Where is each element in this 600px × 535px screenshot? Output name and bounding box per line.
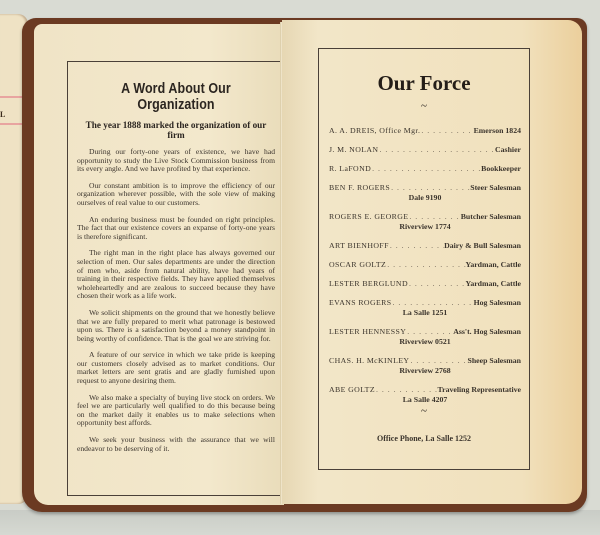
staff-phone: Dale 9190 [329,193,521,203]
staff-phone: La Salle 1251 [329,308,521,318]
staff-entry: BEN F. ROGERSSteer SalesmanDale 9190 [329,183,521,203]
ornament-divider: ~ [319,405,529,417]
organization-subheading: The year 1888 marked the organization of… [76,120,276,140]
staff-role: Dairy & Bull Salesman [444,241,521,251]
paragraph: An enduring business must be founded on … [77,216,275,242]
staff-name: EVANS ROGERS [329,298,392,308]
staff-name: CHAS. H. McKINLEY [329,356,409,366]
right-page-border: Our Force ~ A. A. DREIS, Office Mgr.Emer… [318,48,530,470]
organization-text: During our forty-one years of existence,… [77,148,275,453]
staff-role: Ass't. Hog Salesman [453,327,521,337]
staff-name: OSCAR GOLTZ [329,260,386,270]
staff-line: R. LaFONDBookkeeper [329,164,521,174]
page-edge-label: L [0,110,5,119]
staff-phone: Riverview 1774 [329,222,521,232]
paragraph: A feature of our service in which we tak… [77,351,275,385]
staff-name: LESTER HENNESSY [329,327,406,337]
staff-line: LESTER HENNESSYAss't. Hog Salesman [329,327,521,337]
staff-entry: A. A. DREIS, Office Mgr.Emerson 1824 [329,126,521,136]
dot-leader [378,145,495,155]
paragraph: The right man in the right place has alw… [77,249,275,301]
dot-leader [390,183,470,193]
staff-line: J. M. NOLANCashier [329,145,521,155]
staff-name: R. LaFOND [329,164,371,174]
staff-name: A. A. DREIS, Office Mgr. [329,126,420,136]
staff-phone: Riverview 2768 [329,366,521,376]
staff-role: Butcher Salesman [461,212,521,222]
staff-list: A. A. DREIS, Office Mgr.Emerson 1824J. M… [329,126,521,405]
staff-name: BEN F. ROGERS [329,183,390,193]
left-page-border: A Word About Our Organization The year 1… [67,61,285,496]
staff-entry: EVANS ROGERSHog SalesmanLa Salle 1251 [329,298,521,318]
staff-phone: La Salle 4207 [329,395,521,405]
dot-leader [389,241,444,251]
staff-line: OSCAR GOLTZYardman, Cattle [329,260,521,270]
dot-leader [409,356,467,366]
staff-entry: ABE GOLTZTraveling RepresentativeLa Sall… [329,385,521,405]
paragraph: We seek your business with the assurance… [77,436,275,453]
staff-role: Yardman, Cattle [466,260,521,270]
dot-leader [375,385,438,395]
paragraph: During our forty-one years of existence,… [77,148,275,174]
dot-leader [408,212,460,222]
staff-line: A. A. DREIS, Office Mgr.Emerson 1824 [329,126,521,136]
dot-leader [386,260,465,270]
staff-entry: CHAS. H. McKINLEYSheep SalesmanRiverview… [329,356,521,376]
staff-line: ABE GOLTZTraveling Representative [329,385,521,395]
dot-leader [408,279,466,289]
staff-name: J. M. NOLAN [329,145,378,155]
staff-role: Steer Salesman [470,183,521,193]
staff-line: ART BIENHOFFDairy & Bull Salesman [329,241,521,251]
staff-entry: ROGERS E. GEORGEButcher SalesmanRivervie… [329,212,521,232]
staff-line: ROGERS E. GEORGEButcher Salesman [329,212,521,222]
table-surface [0,510,600,535]
right-page: Our Force ~ A. A. DREIS, Office Mgr.Emer… [282,20,582,504]
force-heading: Our Force [319,71,529,96]
staff-role: Bookkeeper [481,164,521,174]
paragraph: We also make a specialty of buying live … [77,394,275,428]
staff-entry: J. M. NOLANCashier [329,145,521,155]
dot-leader [392,298,474,308]
staff-name: LESTER BERGLUND [329,279,408,289]
paragraph: Our constant ambition is to improve the … [77,182,275,208]
staff-name: ROGERS E. GEORGE [329,212,408,222]
staff-line: BEN F. ROGERSSteer Salesman [329,183,521,193]
staff-name: ABE GOLTZ [329,385,375,395]
office-phone: Office Phone, La Salle 1252 [319,434,529,443]
staff-role: Traveling Representative [437,385,521,395]
staff-phone: Riverview 0521 [329,337,521,347]
organization-heading: A Word About Our Organization [83,81,269,113]
ornament-divider: ~ [319,100,529,114]
staff-entry: OSCAR GOLTZYardman, Cattle [329,260,521,270]
staff-name: ART BIENHOFF [329,241,389,251]
staff-role: Sheep Salesman [467,356,521,366]
staff-entry: ART BIENHOFFDairy & Bull Salesman [329,241,521,251]
staff-entry: LESTER BERGLUNDYardman, Cattle [329,279,521,289]
staff-role: Hog Salesman [474,298,521,308]
staff-entry: LESTER HENNESSYAss't. Hog SalesmanRiverv… [329,327,521,347]
left-page: A Word About Our Organization The year 1… [34,24,284,505]
staff-entry: R. LaFONDBookkeeper [329,164,521,174]
dot-leader [406,327,453,337]
dot-leader [371,164,481,174]
staff-role: Cashier [495,145,521,155]
staff-line: EVANS ROGERSHog Salesman [329,298,521,308]
staff-line: CHAS. H. McKINLEYSheep Salesman [329,356,521,366]
staff-role: Emerson 1824 [474,126,521,136]
staff-role: Yardman, Cattle [466,279,521,289]
dot-leader [420,126,473,136]
staff-line: LESTER BERGLUNDYardman, Cattle [329,279,521,289]
paragraph: We solicit shipments on the ground that … [77,309,275,343]
